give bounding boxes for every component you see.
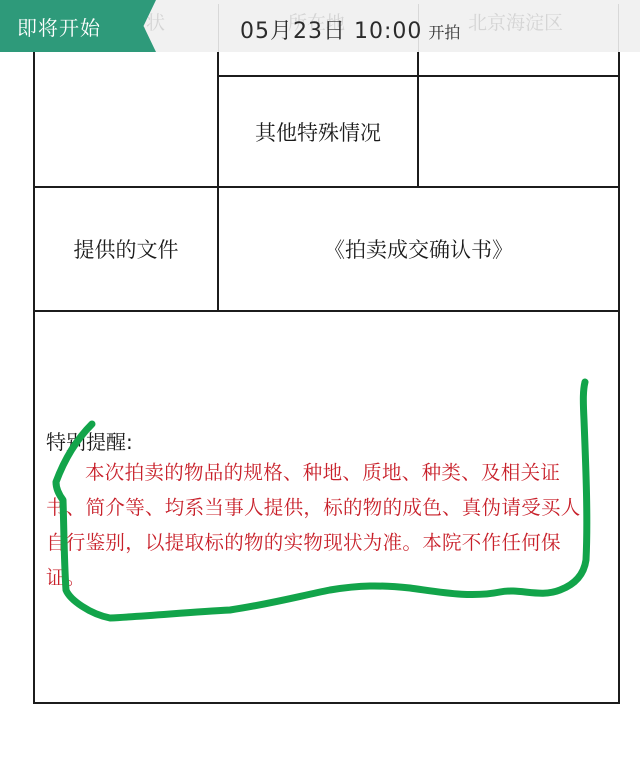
table-border-left — [33, 52, 35, 704]
faded-header-col-3: 北京海淀区 — [468, 8, 563, 35]
start-suffix: 开拍 — [428, 23, 460, 42]
header-separator — [618, 4, 619, 52]
status-tag-label: 即将开始 — [0, 12, 101, 41]
auction-header-bar: 物现状 所在地 北京海淀区 即将开始 05月23日 10:00开拍 — [0, 0, 640, 52]
start-clock: 10:00 — [354, 19, 422, 44]
cell-other-special-label: 其他特殊情况 — [219, 77, 417, 186]
status-tag-upcoming: 即将开始 — [0, 0, 156, 52]
cell-other-special-value — [419, 77, 618, 186]
table-divider-h2 — [33, 310, 620, 312]
header-separator — [218, 4, 219, 52]
table-border-right — [618, 52, 620, 704]
notice-body: 本次拍卖的物品的规格、种地、质地、种类、及相关证书、简介等、均系当事人提供，标的… — [46, 455, 594, 595]
start-date: 05月23日 — [240, 19, 346, 44]
cell-documents-label: 提供的文件 — [35, 188, 217, 310]
cell-documents-value: 《拍卖成交确认书》 — [219, 188, 618, 310]
auction-start-time: 05月23日 10:00开拍 — [240, 14, 460, 45]
table-border-bottom — [33, 702, 620, 704]
notice-title: 特别提醒: — [46, 426, 133, 455]
